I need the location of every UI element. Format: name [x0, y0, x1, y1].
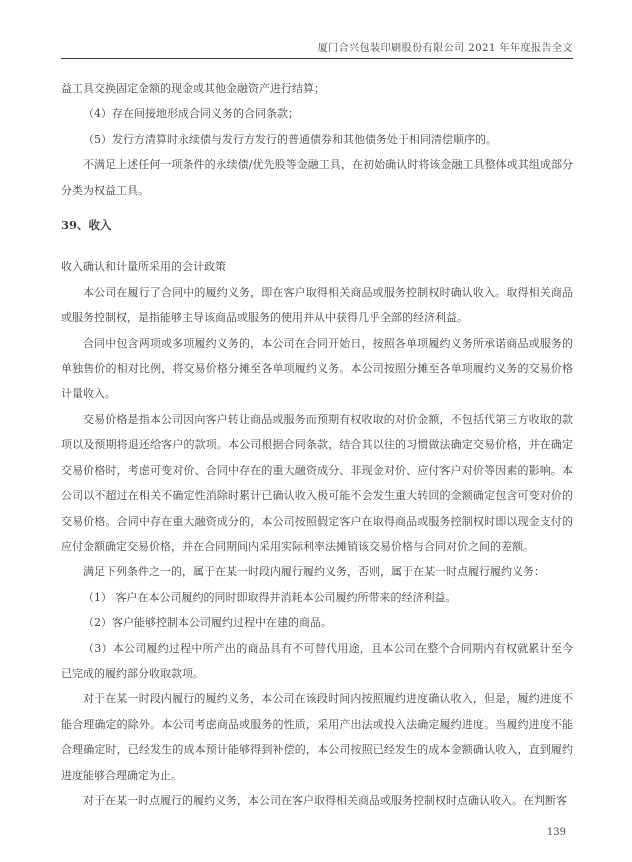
- paragraph: 对于在某一时段内履行的履约义务，本公司在该段时间内按照履约进度确认收入，但是，履…: [61, 686, 573, 788]
- paragraph: 对于在某一时点履行的履约义务，本公司在客户取得相关商品或服务控制权时点确认收入。…: [61, 788, 573, 813]
- paragraph: （1） 客户在本公司履约的同时即取得并消耗本公司履约所带来的经济利益。: [61, 585, 573, 610]
- paragraph: 合同中包含两项或多项履约义务的，本公司在合同开始日，按照各单项履约义务所承诺商品…: [61, 331, 573, 407]
- paragraph: 交易价格是指本公司因向客户转让商品或服务而预期有权收取的对价金额，不包括代第三方…: [61, 407, 573, 559]
- document-body: 益工具交换固定金额的现金或其他金融资产进行结算；（4）存在间接地形成合同义务的合…: [61, 76, 573, 813]
- paragraph: （3）本公司履约过程中所产出的商品具有不可替代用途，且本公司在整个合同期内有权就…: [61, 636, 573, 687]
- paragraph: 益工具交换固定金额的现金或其他金融资产进行结算；: [61, 76, 573, 101]
- paragraph: （4）存在间接地形成合同义务的合同条款；: [61, 101, 573, 126]
- section-heading: 39、收入: [61, 213, 573, 238]
- paragraph: 满足下列条件之一的，属于在某一时段内履行履约义务，否则，属于在某一时点履行履约义…: [61, 559, 573, 584]
- report-page: 厦门合兴包装印刷股份有限公司 2021 年年度报告全文 益工具交换固定金额的现金…: [0, 0, 632, 862]
- paragraph: （5）发行方清算时永续债与发行方发行的普通债券和其他债务处于相同清偿顺序的。: [61, 127, 573, 152]
- paragraph: 收入确认和计量所采用的会计政策: [61, 254, 573, 279]
- page-footer: 139: [547, 827, 566, 838]
- page-number: 139: [547, 827, 566, 838]
- paragraph: 不满足上述任何一项条件的永续债/优先股等金融工具，在初始确认时将该金融工具整体或…: [61, 152, 573, 203]
- page-header: 厦门合兴包装印刷股份有限公司 2021 年年度报告全文: [61, 0, 573, 59]
- paragraph: 本公司在履行了合同中的履约义务，即在客户取得相关商品或服务控制权时确认收入。取得…: [61, 280, 573, 331]
- paragraph: （2）客户能够控制本公司履约过程中在建的商品。: [61, 610, 573, 635]
- report-header-title: 厦门合兴包装印刷股份有限公司 2021 年年度报告全文: [318, 43, 573, 54]
